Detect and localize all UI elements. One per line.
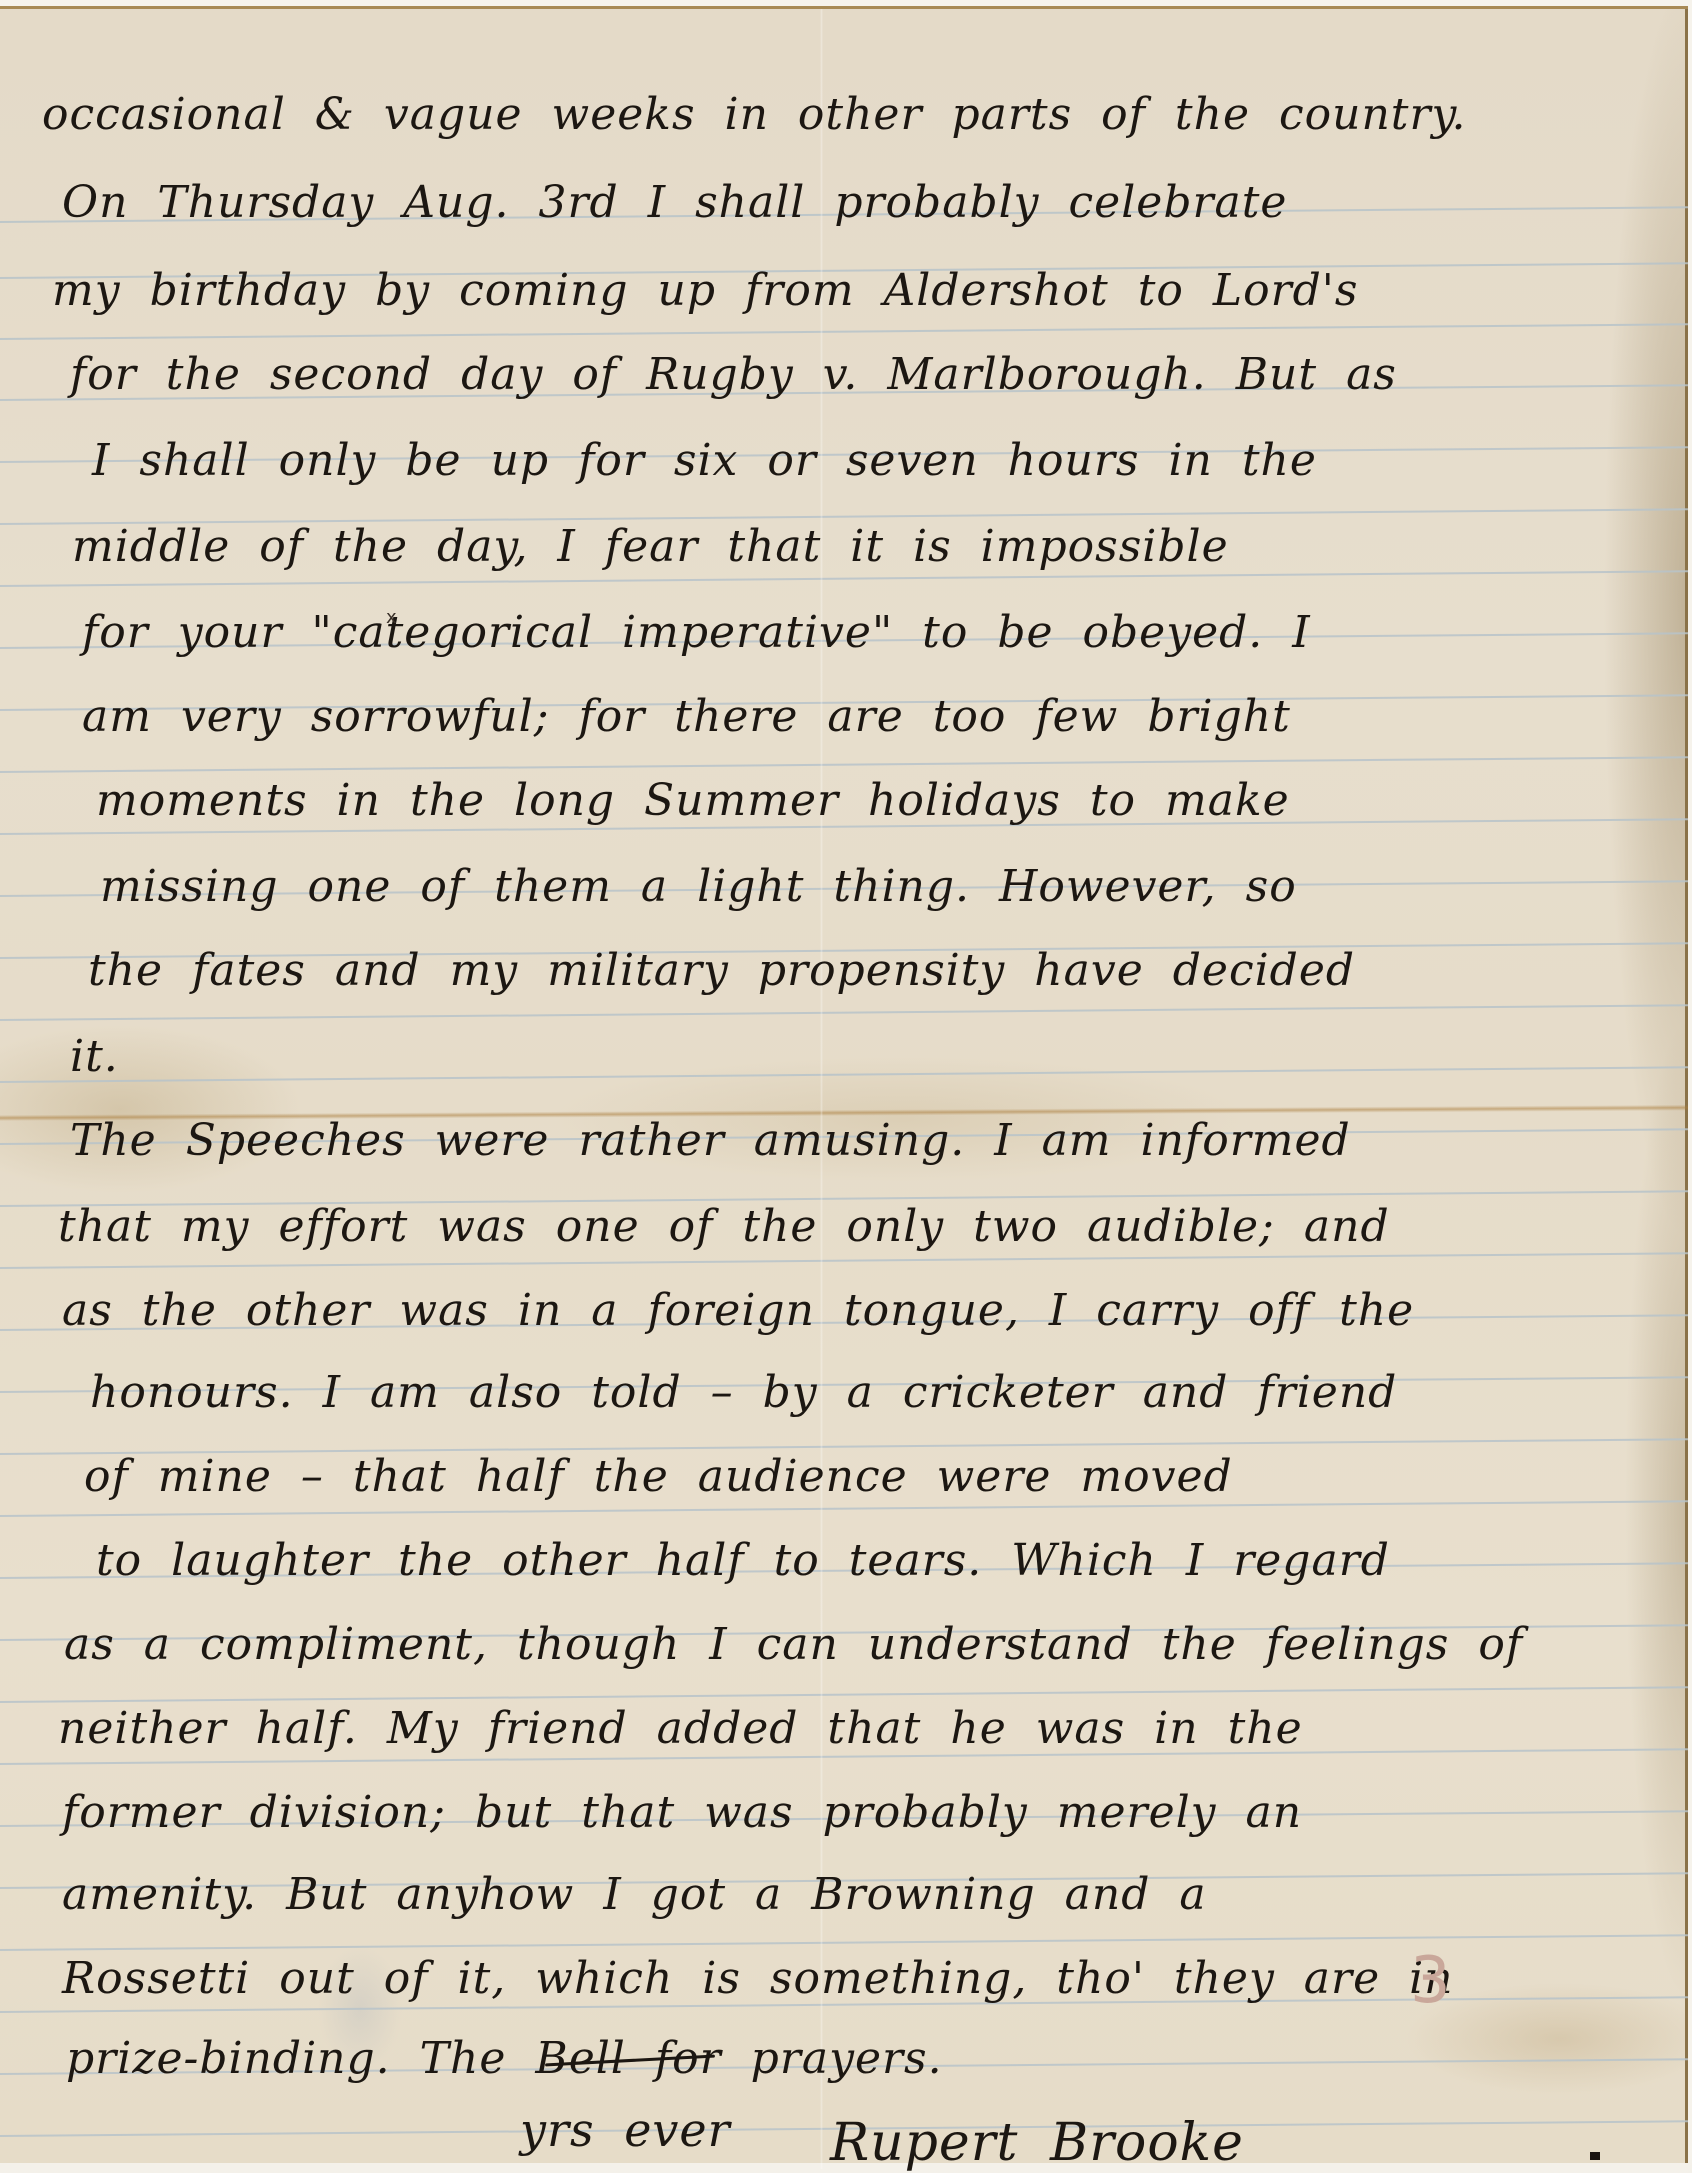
- letter-line: former division; but that was probably m…: [62, 1787, 1302, 1838]
- ruled-line: [0, 1686, 1688, 1703]
- signoff: yrs ever: [520, 2103, 731, 2157]
- letter-line: missing one of them a light thing. Howev…: [100, 861, 1297, 912]
- signature: Rupert Brooke: [830, 2113, 1244, 2160]
- letter-line: honours. I am also told – by a cricketer…: [90, 1367, 1397, 1418]
- ruled-line: [0, 756, 1688, 773]
- ruled-line: [0, 323, 1688, 340]
- ruled-line: [0, 1004, 1688, 1021]
- ruled-line: [0, 1252, 1688, 1269]
- letter-line: it.: [70, 1031, 119, 1082]
- ruled-line: [0, 1066, 1688, 1083]
- letter-line: moments in the long Summer holidays to m…: [96, 775, 1290, 826]
- letter-line: the fates and my military propensity hav…: [88, 945, 1355, 996]
- ruled-line: [0, 570, 1688, 587]
- letter-line: for the second day of Rugby v. Marlborou…: [70, 349, 1397, 400]
- insertion-mark: x: [386, 607, 397, 628]
- letter-line: Rossetti out of it, which is something, …: [62, 1953, 1454, 2004]
- ruled-line: [0, 1500, 1688, 1517]
- letter-line: that my effort was one of the only two a…: [58, 1201, 1390, 1252]
- letter-line: as a compliment, though I can understand…: [64, 1619, 1523, 1670]
- paper-sheet: occasional & vague weeks in other parts …: [0, 6, 1688, 2160]
- letter-line: of mine – that half the audience were mo…: [84, 1451, 1233, 1502]
- scan-shadow: [1590, 2152, 1600, 2160]
- pencil-page-number: 3: [1410, 1944, 1451, 2018]
- letter-line: as the other was in a foreign tongue, I …: [62, 1285, 1414, 1336]
- letter-line: am very sorrowful; for there are too few…: [82, 691, 1291, 742]
- letter-line: neither half. My friend added that he wa…: [58, 1703, 1303, 1754]
- letter-line: my birthday by coming up from Aldershot …: [52, 265, 1358, 316]
- letter-line: The Speeches were rather amusing. I am i…: [70, 1115, 1351, 1166]
- letter-line: middle of the day, I fear that it is imp…: [72, 521, 1229, 572]
- letter-line: prize-binding. The Bell for prayers.: [66, 2033, 943, 2084]
- letter-line: to laughter the other half to tears. Whi…: [96, 1535, 1390, 1586]
- letter-line: I shall only be up for six or seven hour…: [92, 435, 1317, 486]
- letter-line: amenity. But anyhow I got a Browning and…: [62, 1869, 1207, 1920]
- letter-page: occasional & vague weeks in other parts …: [0, 0, 1692, 2160]
- letter-line: occasional & vague weeks in other parts …: [42, 89, 1467, 140]
- letter-line: On Thursday Aug. 3rd I shall probably ce…: [62, 177, 1287, 228]
- letter-line: for your "categorical imperative" to be …: [82, 607, 1311, 658]
